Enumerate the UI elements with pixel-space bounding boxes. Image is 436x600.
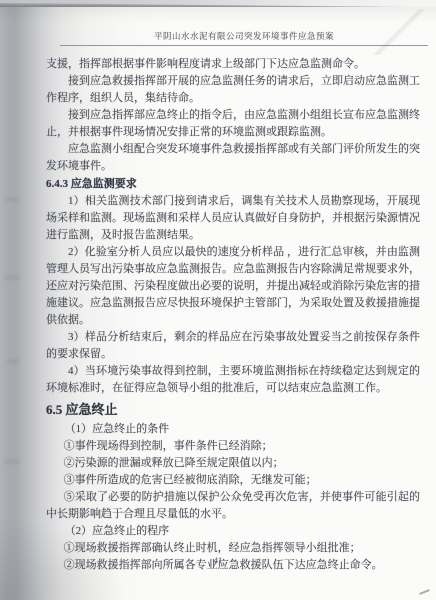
paragraph: 3）样品分析结束后，剩余的样品应在污染事故处置妥当之前按保存条件的要求保留。 [46, 329, 420, 363]
paragraph: 接到应急指挥部应急终止的指令后，由应急监测小组组长宣布应急监测终止，并根据事件现… [46, 107, 420, 141]
paragraph: 应急监测小组配合突发环境事件急救援指挥部或有关部门评价所发生的突发环境事件。 [46, 141, 420, 175]
page-number: 41 [0, 555, 436, 565]
stray-pen-mark [419, 589, 430, 595]
section-heading: 6.4.3 应急监测要求 [46, 176, 420, 193]
paragraph: 接到应急救援指挥部开展的应急监测任务的请求后，立即启动应急监测工作程序，组织人员… [46, 73, 420, 107]
bleed-through-mark [6, 197, 20, 202]
paragraph: ③事件所造成的危害已经被彻底消除，无继发可能； [46, 472, 420, 489]
bleed-through-mark [4, 275, 20, 280]
paragraph: （1）应急终止的条件 [46, 421, 420, 438]
paragraph: ⑤采取了必要的防护措施以保护公众免受再次危害，并使事件可能引起的中长期影响趋于合… [46, 489, 420, 523]
paper: 平阴山水水泥有限公司突发环境事件应急预案 支援，指挥部根据事件影响程度请求上级部… [0, 7, 436, 600]
document-body: 支援，指挥部根据事件影响程度请求上级部门下达应急监测命令。接到应急救援指挥部开展… [46, 56, 420, 574]
document-title: 平阴山水水泥有限公司突发环境事件应急预案 [60, 31, 428, 42]
paragraph: 2）化验室分析人员应以最快的速度分析样品 ，进行汇总审核，并由监测管理人员写出污… [46, 244, 420, 329]
header-rule [60, 45, 428, 46]
bleed-through-mark [5, 459, 20, 464]
scanned-page: 平阴山水水泥有限公司突发环境事件应急预案 支援，指挥部根据事件影响程度请求上级部… [0, 0, 436, 600]
bleed-through-mark [7, 359, 19, 364]
paragraph: 1）相关监测技术部门接到请求后，调集有关技术人员勘察现场，开展现场采样和监测。现… [46, 193, 420, 244]
running-header: 平阴山水水泥有限公司突发环境事件应急预案 [60, 31, 428, 46]
paragraph: 支援，指挥部根据事件影响程度请求上级部门下达应急监测命令。 [46, 56, 420, 73]
paragraph: ①事件现场得到控制，事件条件已经消除； [46, 438, 420, 455]
section-heading: 6.5 应急终止 [46, 400, 420, 420]
paragraph: 4）当环境污染事故得到控制，主要环境监测指标在持续稳定达到规定的环境标准时，在征… [46, 363, 420, 397]
paragraph: ②污染源的泄漏或释放已降至规定限值以内； [46, 455, 420, 472]
paragraph: （2）应急终止的程序 [46, 523, 420, 540]
